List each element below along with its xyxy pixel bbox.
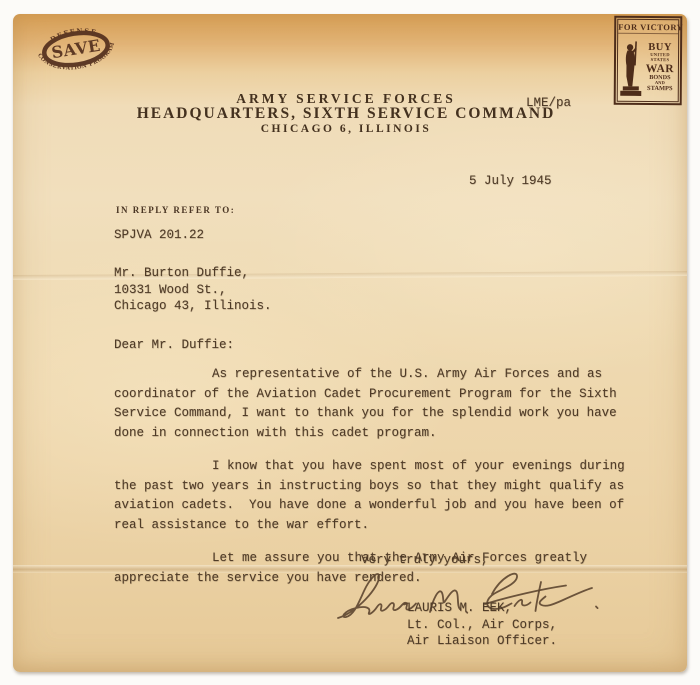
- letter-paper: SAVE DEFENSE CONSERVATION PROGRAM FOR VI…: [13, 14, 687, 672]
- recipient-address: Mr. Burton Duffie, 10331 Wood St., Chica…: [114, 265, 272, 315]
- signer-name: LAURIS M. EEK,: [407, 600, 557, 617]
- signature-block: LAURIS M. EEK, Lt. Col., Air Corps, Air …: [407, 600, 557, 650]
- letterhead-city: CHICAGO 6, ILLINOIS: [13, 122, 679, 137]
- save-conservation-stamp: SAVE DEFENSE CONSERVATION PROGRAM: [22, 10, 131, 89]
- letterhead-org: ARMY SERVICE FORCES: [13, 91, 679, 106]
- signer-rank: Lt. Col., Air Corps,: [407, 617, 557, 634]
- date-line: 5 July 1945: [469, 172, 552, 192]
- reference-initials: LME/pa: [526, 94, 571, 114]
- body-paragraph-1: As representative of the U.S. Army Air F…: [114, 365, 634, 443]
- war-bonds-stamp-inner-border: FOR VICTORY BUY UNITED STATES WAR BONDS: [617, 19, 680, 102]
- letterhead-command: HEADQUARTERS, SIXTH SERVICE COMMAND: [13, 106, 679, 122]
- letterhead: ARMY SERVICE FORCES HEADQUARTERS, SIXTH …: [13, 91, 679, 137]
- signer-title: Air Liaison Officer.: [407, 633, 557, 650]
- salutation: Dear Mr. Duffie:: [114, 336, 234, 356]
- file-reference-code: SPJVA 201.22: [114, 226, 204, 246]
- body-paragraph-2: I know that you have spent most of your …: [114, 457, 634, 535]
- war-bonds-header: FOR VICTORY: [618, 20, 678, 34]
- in-reply-refer-label: IN REPLY REFER TO:: [116, 205, 235, 215]
